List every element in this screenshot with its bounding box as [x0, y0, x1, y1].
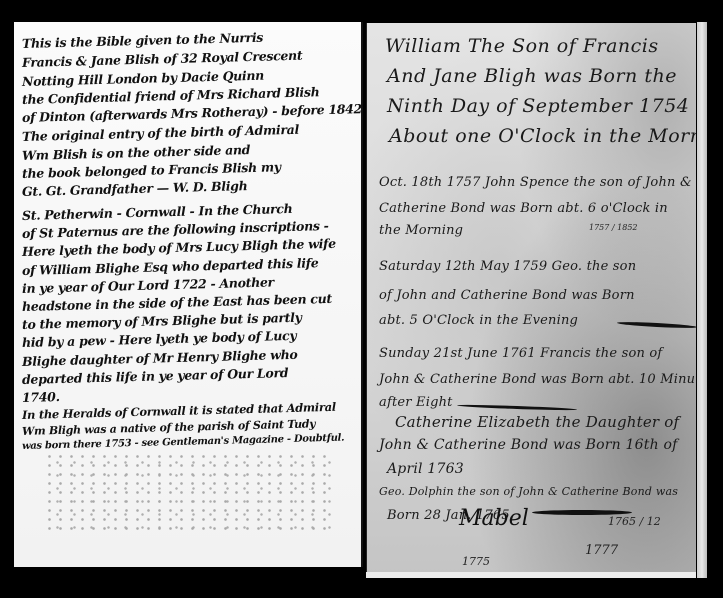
right-line: John & Catherine Bond was Born 16th of: [379, 437, 677, 453]
left-line: This is the Bible given to the Nurris: [22, 30, 263, 51]
margin-year: 1775: [462, 555, 490, 568]
right-line: Saturday 12th May 1759 Geo. the son: [379, 259, 636, 274]
page-bottom-edge: [366, 572, 696, 578]
right-line: And Jane Bligh was Born the: [387, 65, 677, 87]
left-line: 1740.: [22, 389, 60, 405]
right-line: Catherine Bond was Born abt. 6 o'Clock i…: [379, 201, 668, 216]
left-line: hid by a pew - Here lyeth ye body of Luc…: [22, 328, 297, 350]
left-line: of William Blighe Esq who departed this …: [22, 255, 319, 278]
right-line: About one O'Clock in the Morning: [389, 125, 696, 147]
bleed-through-speckle: [44, 452, 334, 532]
right-line: abt. 5 O'Clock in the Evening: [379, 313, 578, 328]
ink-rule: [617, 321, 696, 329]
left-line: Wm Blish is on the other side and: [22, 142, 251, 163]
right-line: April 1763: [387, 461, 464, 477]
left-page: This is the Bible given to the Nurris Fr…: [14, 22, 363, 567]
left-line: departed this life in ye year of Our Lor…: [22, 365, 289, 387]
ink-rule: [457, 404, 577, 411]
margin-sum: 1757 / 1852: [589, 223, 638, 232]
left-line: Gt. Gt. Grandfather — W. D. Bligh: [22, 178, 248, 199]
right-line: Oct. 18th 1757 John Spence the son of Jo…: [379, 175, 692, 190]
right-line: after Eight: [379, 395, 453, 410]
right-line: Ninth Day of September 1754: [387, 95, 689, 117]
right-line: the Morning: [379, 223, 463, 238]
signature: Mabel: [459, 506, 529, 531]
right-line: Catherine Elizabeth the Daughter of: [395, 413, 679, 431]
page-edge: [697, 22, 707, 578]
left-line: Francis & Jane Blish of 32 Royal Crescen…: [22, 48, 303, 70]
right-line: John & Catherine Bond was Born abt. 10 M…: [379, 372, 696, 387]
left-line: The original entry of the birth of Admir…: [22, 122, 299, 144]
right-line: William The Son of Francis: [385, 35, 659, 57]
right-page: William The Son of Francis And Jane Blig…: [366, 23, 696, 578]
right-line: Sunday 21st June 1761 Francis the son of: [379, 346, 662, 361]
margin-sum: 1777: [585, 543, 618, 558]
margin-sum: 1765 / 12: [608, 515, 661, 528]
right-line: Geo. Dolphin the son of John & Catherine…: [379, 485, 678, 498]
right-line: of John and Catherine Bond was Born: [379, 288, 635, 303]
